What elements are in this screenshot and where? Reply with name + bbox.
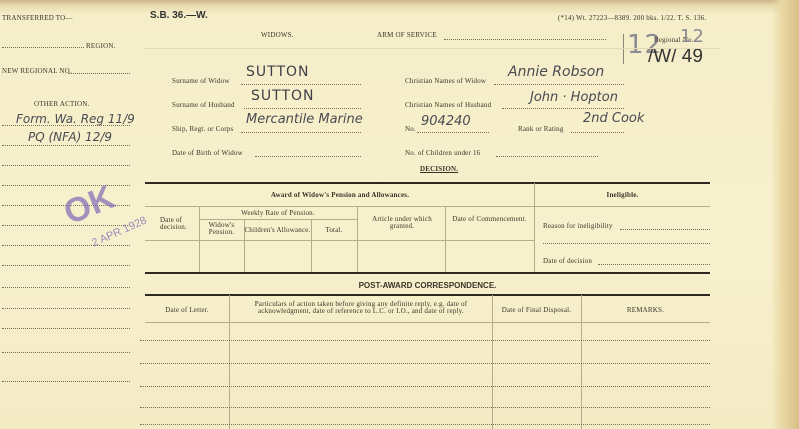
other-action-line bbox=[2, 125, 130, 126]
col-divider bbox=[357, 206, 358, 272]
surname-husband-line bbox=[244, 108, 361, 109]
award-header-line bbox=[145, 206, 535, 207]
form-code: S.B. 36.—W. bbox=[150, 10, 208, 21]
other-action-label: OTHER ACTION. bbox=[34, 100, 90, 108]
other-action-line bbox=[2, 185, 130, 186]
christian-husband-label: Christian Names of Husband bbox=[405, 101, 491, 109]
no-line bbox=[417, 132, 489, 133]
no-value[interactable]: 904240 bbox=[421, 114, 471, 129]
new-regional-no-label: NEW REGIONAL NO. bbox=[2, 67, 72, 75]
correspondence-row-line[interactable] bbox=[140, 386, 710, 387]
award-title: Award of Widow's Pension and Allowances. bbox=[145, 191, 535, 199]
region-label: REGION. bbox=[86, 42, 116, 50]
correspondence-row-line[interactable] bbox=[140, 424, 710, 425]
weekly-rate-header: Weekly Rate of Pension. bbox=[199, 209, 357, 217]
other-action-line bbox=[2, 308, 130, 309]
ineligible-title: Ineligible. bbox=[535, 191, 710, 199]
christian-widow-line bbox=[494, 84, 624, 85]
other-action-line2[interactable]: PQ (NFA) 12/9 bbox=[28, 130, 112, 144]
regional-no-value: /W/ 49 bbox=[648, 46, 703, 68]
christian-husband-line bbox=[502, 108, 624, 109]
dob-label: Date of Birth of Widow bbox=[172, 149, 243, 157]
other-action-line bbox=[2, 225, 130, 226]
christian-widow-label: Christian Names of Widow bbox=[405, 77, 486, 85]
col-divider bbox=[581, 295, 582, 429]
ship-label: Ship, Regt. or Corps bbox=[172, 125, 233, 133]
print-info: (*14) Wt. 27223—8389. 200 bks. 1/22. T. … bbox=[558, 14, 706, 22]
children-line bbox=[496, 156, 598, 157]
weekly-rate-subheader-line bbox=[199, 219, 357, 220]
pension-card: TRANSFERRED TO— REGION. NEW REGIONAL NO.… bbox=[0, 0, 799, 429]
dob-line bbox=[255, 156, 361, 157]
correspondence-row-line[interactable] bbox=[140, 407, 710, 408]
regional-no-divider bbox=[623, 34, 624, 64]
other-action-line bbox=[2, 287, 130, 288]
ineligible-date-label: Date of decision bbox=[543, 257, 592, 265]
date-of-letter-header: Date of Letter. bbox=[145, 306, 229, 314]
guide-line bbox=[145, 48, 720, 49]
other-action-line bbox=[2, 145, 130, 146]
article-header: Article under which granted. bbox=[362, 216, 442, 230]
correspondence-row-line[interactable] bbox=[140, 340, 710, 341]
widows-pension-header: Widow's Pension. bbox=[199, 222, 244, 236]
card-edge bbox=[771, 0, 799, 429]
award-top-rule bbox=[145, 182, 710, 184]
col-divider bbox=[229, 295, 230, 429]
reason-line-2 bbox=[543, 243, 710, 244]
other-action-line bbox=[2, 352, 130, 353]
surname-husband-label: Surname of Husband bbox=[172, 101, 235, 109]
surname-widow-line bbox=[241, 84, 361, 85]
award-body-line bbox=[145, 240, 535, 241]
award-bottom-rule bbox=[145, 272, 710, 274]
ship-value[interactable]: Mercantile Marine bbox=[246, 112, 363, 127]
surname-widow-label: Surname of Widow bbox=[172, 77, 230, 85]
other-action-line bbox=[2, 165, 130, 166]
other-action-line bbox=[2, 265, 130, 266]
children-label: No. of Children under 16 bbox=[405, 149, 480, 157]
other-action-line bbox=[2, 381, 130, 382]
christian-husband-value[interactable]: John · Hopton bbox=[530, 90, 618, 105]
other-action-line bbox=[2, 245, 130, 246]
date-commencement-header: Date of Commencement. bbox=[445, 216, 534, 223]
other-action-line bbox=[2, 328, 130, 329]
form-title: WIDOWS. bbox=[261, 31, 294, 39]
remarks-header: REMARKS. bbox=[581, 306, 710, 314]
final-disposal-header: Date of Final Disposal. bbox=[492, 306, 581, 314]
correspondence-header-line bbox=[145, 322, 710, 323]
correspondence-title: POST-AWARD CORRESPONDENCE. bbox=[145, 281, 710, 290]
rank-label: Rank or Rating bbox=[518, 125, 564, 133]
christian-widow-value[interactable]: Annie Robson bbox=[508, 64, 604, 80]
surname-husband-value[interactable]: SUTTON bbox=[251, 88, 314, 104]
total-header: Total. bbox=[311, 226, 357, 234]
surname-widow-value[interactable]: SUTTON bbox=[246, 64, 309, 80]
col-divider bbox=[492, 295, 493, 429]
rank-line bbox=[571, 132, 624, 133]
new-regional-no-dotted-line bbox=[68, 73, 130, 74]
correspondence-row-line[interactable] bbox=[140, 363, 710, 364]
decision-label: DECISION. bbox=[420, 165, 458, 173]
particulars-header: Particulars of action taken before givin… bbox=[236, 301, 486, 315]
reason-line bbox=[620, 229, 710, 230]
rank-value[interactable]: 2nd Cook bbox=[583, 111, 644, 126]
other-action-line1[interactable]: Form. Wa. Reg 11/9 bbox=[16, 112, 135, 126]
transferred-to-label: TRANSFERRED TO— bbox=[2, 14, 73, 22]
childrens-allowance-header: Children's Allowance. bbox=[244, 226, 311, 234]
no-label: No. bbox=[405, 125, 416, 133]
ineligible-header-line bbox=[535, 206, 710, 207]
arm-of-service-dotted-line bbox=[444, 39, 606, 40]
ship-line bbox=[241, 132, 361, 133]
date-of-decision-header: Date of decision. bbox=[160, 217, 200, 231]
regional-no-superscript: 12 bbox=[680, 26, 705, 47]
arm-of-service-label: ARM OF SERVICE bbox=[377, 31, 437, 39]
ineligible-date-line bbox=[598, 264, 710, 265]
reason-label: Reason for ineligibility bbox=[543, 222, 613, 230]
region-dotted-line bbox=[2, 47, 84, 48]
